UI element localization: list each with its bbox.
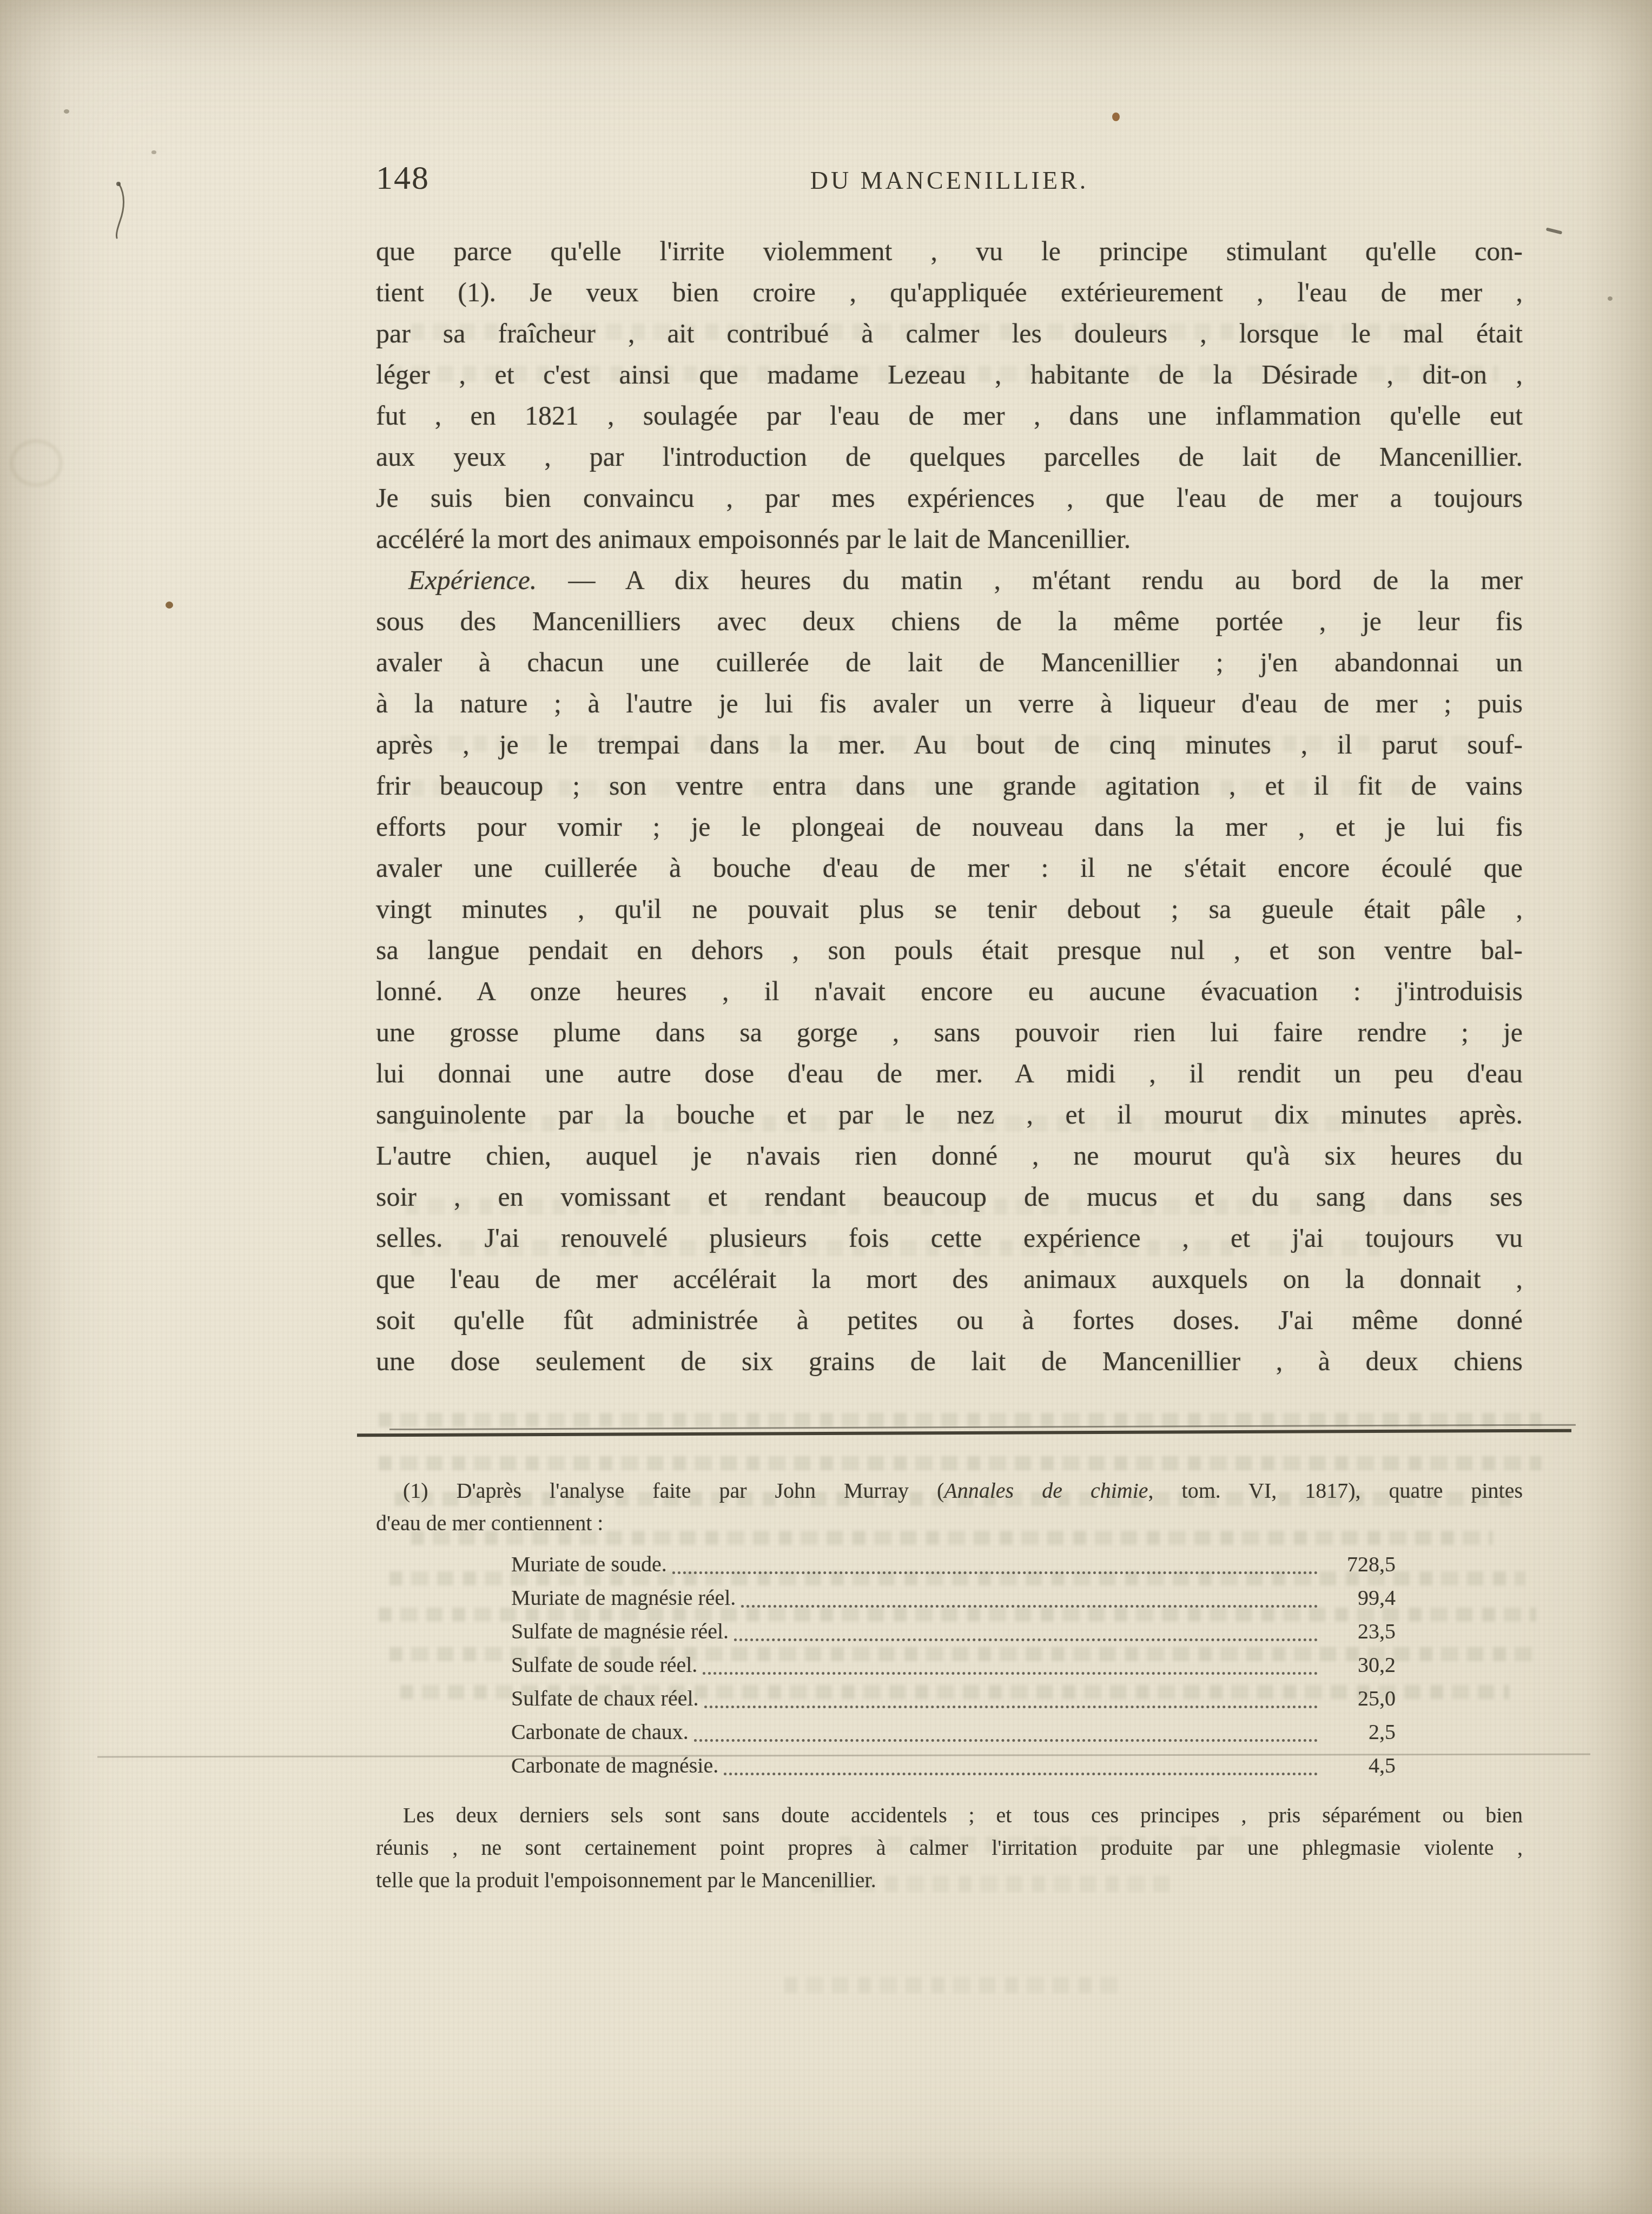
body-line: tient (1). Je veux bien croire , qu'appl… bbox=[376, 272, 1523, 313]
footnote-closing-line: réunis , ne sont certainement point prop… bbox=[376, 1832, 1523, 1864]
substance-label: Sulfate de chaux réel. bbox=[511, 1682, 699, 1717]
substance-value: 99,4 bbox=[1325, 1582, 1396, 1616]
journal-title-italic: Annales de chimie bbox=[944, 1478, 1148, 1503]
body-line: lui donnai une autre dose d'eau de mer. … bbox=[376, 1053, 1523, 1094]
substance-value: 30,2 bbox=[1325, 1649, 1396, 1683]
body-line: accéléré la mort des animaux empoisonnés… bbox=[376, 518, 1523, 559]
experience-label-italic: Expérience. bbox=[408, 565, 537, 595]
substance-label: Muriate de magnésie réel. bbox=[511, 1582, 736, 1616]
substance-value: 23,5 bbox=[1325, 1615, 1396, 1650]
body-line: par sa fraîcheur , ait contribué à calme… bbox=[376, 313, 1523, 354]
footnote-block: (1) D'après l'analyse faite par John Mur… bbox=[376, 1475, 1523, 1896]
scanned-book-page: 148 DU MANCENILLIER. que parce qu'elle l… bbox=[0, 0, 1652, 2214]
dot-leader bbox=[704, 1706, 1318, 1708]
substance-label: Carbonate de magnésie. bbox=[511, 1749, 718, 1784]
footnote-reference-line: (1) D'après l'analyse faite par John Mur… bbox=[376, 1475, 1523, 1507]
body-line: aux yeux , par l'introduction de quelque… bbox=[376, 436, 1523, 477]
table-row: Sulfate de magnésie réel. 23,5 bbox=[511, 1616, 1396, 1650]
body-line: frir beaucoup ; son ventre entra dans un… bbox=[376, 765, 1523, 806]
ink-speck bbox=[1608, 296, 1613, 301]
seawater-composition-table: Muriate de soude. 728,5 Muriate de magné… bbox=[511, 1549, 1396, 1784]
body-line: à la nature ; à l'autre je lui fis avale… bbox=[376, 683, 1523, 724]
footnote-intro-line: d'eau de mer contiennent : bbox=[376, 1507, 1523, 1539]
body-line: une dose seulement de six grains de lait… bbox=[376, 1340, 1523, 1382]
ink-speck bbox=[64, 109, 69, 114]
substance-label: Sulfate de magnésie réel. bbox=[511, 1615, 729, 1650]
body-line: L'autre chien, auquel je n'avais rien do… bbox=[376, 1135, 1523, 1176]
dot-leader bbox=[694, 1739, 1318, 1742]
body-line: vingt minutes , qu'il ne pouvait plus se… bbox=[376, 888, 1523, 929]
footnote-closing-line: Les deux derniers sels sont sans doute a… bbox=[376, 1799, 1523, 1832]
dot-leader bbox=[703, 1672, 1318, 1675]
substance-value: 2,5 bbox=[1325, 1716, 1396, 1750]
body-line: lonné. A onze heures , il n'avait encore… bbox=[376, 970, 1523, 1012]
body-line-text: — A dix heures du matin , m'étant rendu … bbox=[537, 565, 1523, 595]
body-line: Expérience. — A dix heures du matin , m'… bbox=[376, 559, 1523, 600]
table-row: Sulfate de chaux réel. 25,0 bbox=[511, 1683, 1396, 1717]
body-line: sa langue pendait en dehors , son pouls … bbox=[376, 929, 1523, 970]
body-line: avaler à chacun une cuillerée de lait de… bbox=[376, 642, 1523, 683]
footnote-text: (1) D'après l'analyse faite par John Mur… bbox=[403, 1478, 944, 1503]
running-header: DU MANCENILLIER. bbox=[376, 168, 1523, 193]
body-line: Je suis bien convaincu , par mes expérie… bbox=[376, 477, 1523, 518]
body-line: avaler une cuillerée à bouche d'eau de m… bbox=[376, 847, 1523, 888]
body-line: efforts pour vomir ; je le plongeai de n… bbox=[376, 806, 1523, 847]
body-line: une grosse plume dans sa gorge , sans po… bbox=[376, 1012, 1523, 1053]
dot-leader bbox=[724, 1773, 1318, 1775]
ink-speck bbox=[1112, 113, 1120, 121]
substance-value: 25,0 bbox=[1325, 1682, 1396, 1717]
footnote-closing-line: telle que la produit l'empoisonnement pa… bbox=[376, 1864, 1523, 1896]
body-line: après , je le trempai dans la mer. Au bo… bbox=[376, 724, 1523, 765]
bleed-through-artifact bbox=[379, 1456, 1542, 1470]
table-row: Sulfate de soude réel. 30,2 bbox=[511, 1650, 1396, 1683]
footnote-separator-rule bbox=[357, 1429, 1571, 1437]
body-line: soir , en vomissant et rendant beaucoup … bbox=[376, 1176, 1523, 1217]
substance-label: Sulfate de soude réel. bbox=[511, 1649, 697, 1683]
footnote-text: , tom. VI, 1817), quatre pintes bbox=[1148, 1478, 1523, 1503]
body-line: sous des Mancenilliers avec deux chiens … bbox=[376, 600, 1523, 642]
substance-value: 728,5 bbox=[1325, 1548, 1396, 1583]
body-line: selles. J'ai renouvelé plusieurs fois ce… bbox=[376, 1217, 1523, 1258]
body-line: que l'eau de mer accélérait la mort des … bbox=[376, 1258, 1523, 1299]
dot-leader bbox=[672, 1571, 1318, 1574]
substance-label: Muriate de soude. bbox=[511, 1548, 667, 1583]
dot-leader bbox=[741, 1605, 1318, 1608]
page-header: 148 DU MANCENILLIER. bbox=[376, 161, 1523, 204]
dot-leader bbox=[734, 1638, 1318, 1641]
body-line: que parce qu'elle l'irrite violemment , … bbox=[376, 230, 1523, 272]
table-row: Carbonate de magnésie. 4,5 bbox=[511, 1750, 1396, 1784]
footnote-closing-paragraph: Les deux derniers sels sont sans doute a… bbox=[376, 1799, 1523, 1896]
table-row: Carbonate de chaux. 2,5 bbox=[511, 1717, 1396, 1750]
table-row: Muriate de soude. 728,5 bbox=[511, 1549, 1396, 1583]
stain-artifact bbox=[10, 439, 63, 487]
ink-speck bbox=[166, 602, 173, 609]
pen-stroke-artifact bbox=[106, 181, 133, 240]
body-line: sanguinolente par la bouche et par le ne… bbox=[376, 1094, 1523, 1135]
substance-label: Carbonate de chaux. bbox=[511, 1716, 689, 1750]
body-text: que parce qu'elle l'irrite violemment , … bbox=[376, 230, 1523, 1382]
table-row: Muriate de magnésie réel. 99,4 bbox=[511, 1583, 1396, 1616]
substance-value: 4,5 bbox=[1325, 1749, 1396, 1784]
body-line: soit qu'elle fût administrée à petites o… bbox=[376, 1299, 1523, 1340]
body-line: fut , en 1821 , soulagée par l'eau de me… bbox=[376, 395, 1523, 436]
body-line: léger , et c'est ainsi que madame Lezeau… bbox=[376, 354, 1523, 395]
stray-mark-artifact bbox=[1546, 227, 1563, 234]
bleed-through-artifact bbox=[784, 1977, 1120, 1993]
ink-speck bbox=[151, 150, 156, 154]
